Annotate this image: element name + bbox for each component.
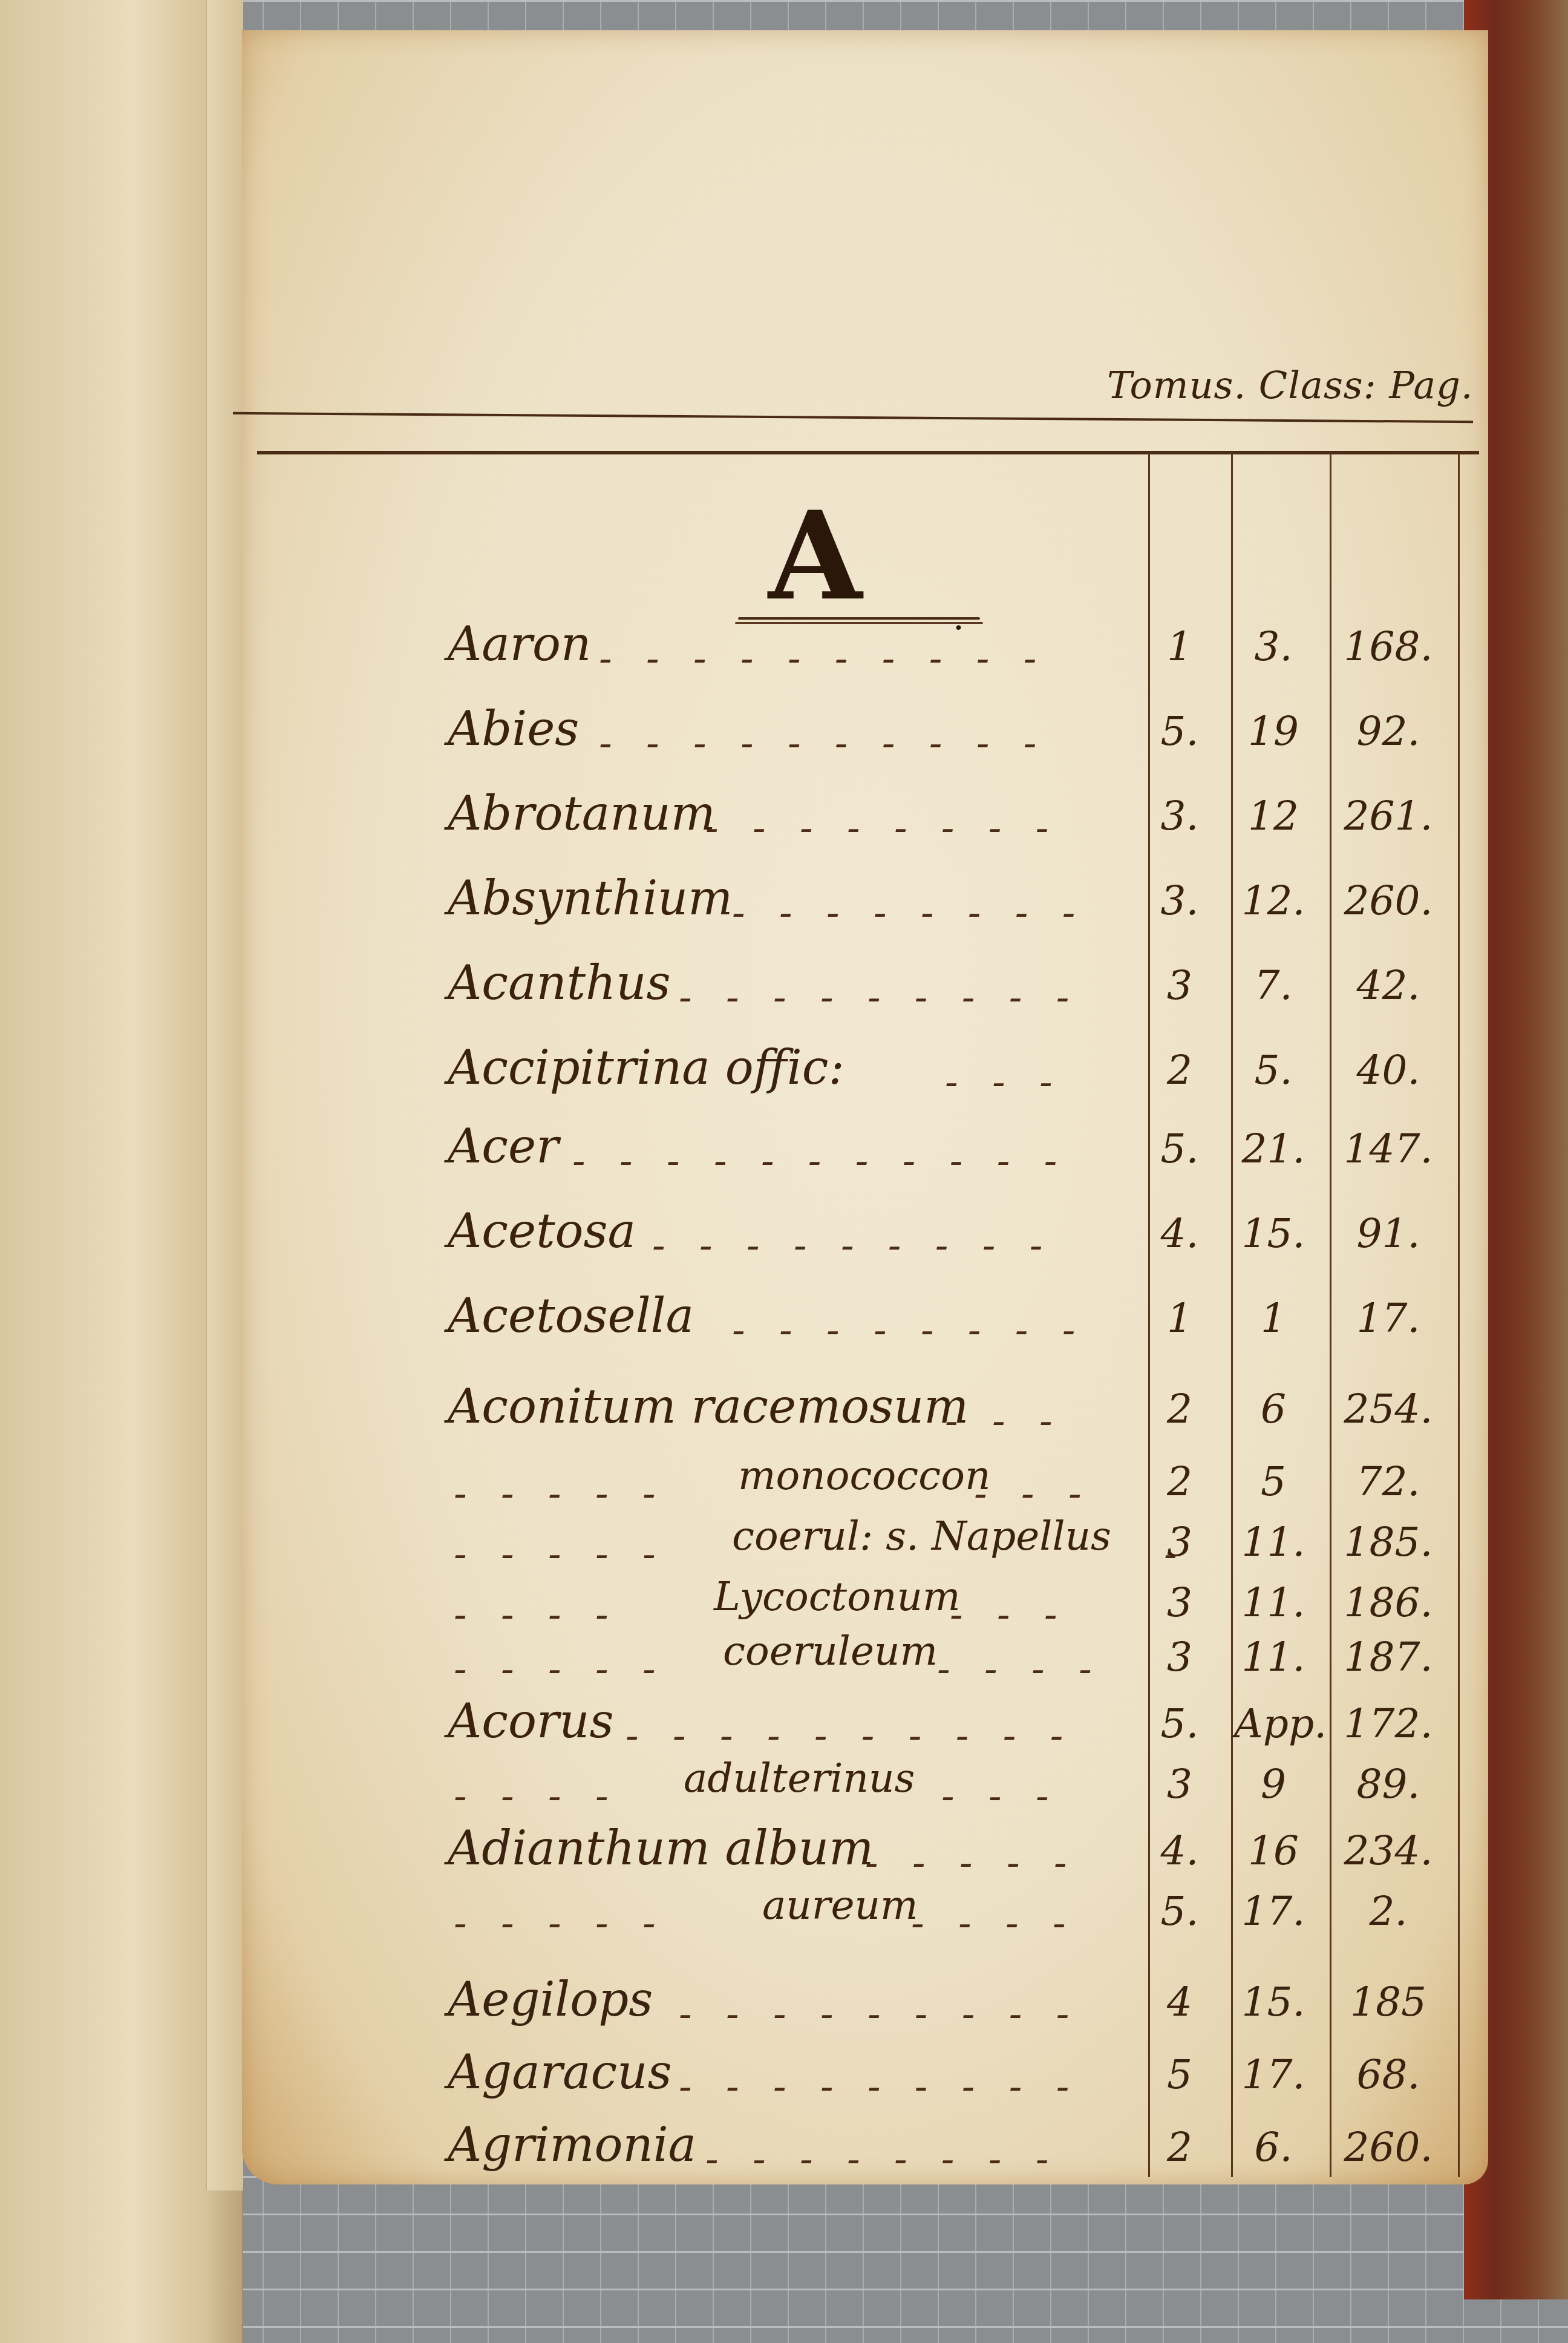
entry-class: 3. xyxy=(1234,623,1313,670)
entry-tomus: 3 xyxy=(1152,1761,1207,1807)
entry-name: Acorus xyxy=(448,1694,614,1749)
entry-tomus: 2 xyxy=(1152,1458,1207,1505)
entry-name: Aaron xyxy=(448,617,591,672)
entry-tomus: 2 xyxy=(1152,1047,1207,1093)
entry-class: 5. xyxy=(1234,1047,1313,1093)
entry-class: 12 xyxy=(1234,793,1313,839)
index-entry-row: Acetosella- - - - - - - -1117. xyxy=(0,1289,1568,1362)
entry-class: 5 xyxy=(1234,1458,1313,1505)
entry-name: adulterinus xyxy=(684,1755,915,1801)
entry-tomus: 4 xyxy=(1152,1979,1207,2025)
entry-pag: 72. xyxy=(1328,1458,1449,1505)
entry-pag: 260. xyxy=(1328,2124,1449,2171)
entry-name: Agrimonia xyxy=(448,2118,696,2172)
entry-pag: 40. xyxy=(1328,1047,1449,1093)
entry-tomus: 5 xyxy=(1152,2051,1207,2098)
leader-dashes: - - - - - - - - - xyxy=(679,1992,1080,2037)
leader-dashes: - - - - - - - - xyxy=(705,806,1059,851)
entry-tomus: 3. xyxy=(1152,793,1207,839)
entry-tomus: 3. xyxy=(1152,877,1207,924)
entry-tomus: 3 xyxy=(1152,962,1207,1009)
entry-class: 6 xyxy=(1234,1386,1313,1432)
entry-class: 11. xyxy=(1234,1579,1313,1626)
leader-dashes: - - - - - - - - - - xyxy=(626,1714,1074,1758)
entry-class: 11. xyxy=(1234,1519,1313,1565)
index-entry-row: Absynthium- - - - - - - -3.12.260. xyxy=(0,871,1568,944)
entry-pag: 91. xyxy=(1328,1210,1449,1257)
entry-tomus: 4. xyxy=(1152,1827,1207,1874)
entry-class: 17. xyxy=(1234,2051,1313,2098)
entry-tomus: 5. xyxy=(1152,1700,1207,1747)
leader-dashes: - - - - - - - - xyxy=(705,2137,1059,2182)
entry-tomus: 1 xyxy=(1152,1295,1207,1342)
leader-dashes: - - - - - - - - xyxy=(732,891,1086,936)
entry-pag: 89. xyxy=(1328,1761,1449,1807)
entry-pag: 168. xyxy=(1328,623,1449,670)
leader-dashes: - - - - - - - - - - xyxy=(599,637,1047,681)
index-entry-row: - - - - -aureum- - - -5.17.2. xyxy=(0,1882,1568,1955)
index-entry-row: - - - - -coeruleum- - - -311.187. xyxy=(0,1628,1568,1700)
entry-class: 1 xyxy=(1234,1295,1313,1342)
leader-dashes: - - - xyxy=(941,1774,1060,1819)
entry-class: 15. xyxy=(1234,1210,1313,1257)
entry-name: Abies xyxy=(448,702,579,756)
entry-pag: 261. xyxy=(1328,793,1449,839)
entry-name: Adianthum album xyxy=(448,1821,874,1876)
leader-dashes: - - - - xyxy=(911,1901,1077,1946)
entry-pag: 2. xyxy=(1328,1888,1449,1935)
entry-name: coerul: s. Napellus xyxy=(732,1513,1111,1559)
entry-pag: 147. xyxy=(1328,1126,1449,1172)
index-entry-row: Agrimonia- - - - - - - -26.260. xyxy=(0,2118,1568,2191)
index-entry-row: Abies- - - - - - - - - -5.1992. xyxy=(0,702,1568,775)
leader-dashes-before: - - - - - xyxy=(454,1472,667,1516)
entry-pag: 234. xyxy=(1328,1827,1449,1874)
entry-name: monococcon xyxy=(738,1452,990,1499)
index-entry-row: Abrotanum- - - - - - - -3.12261. xyxy=(0,787,1568,859)
entry-class: 16 xyxy=(1234,1827,1313,1874)
entry-class: 21. xyxy=(1234,1126,1313,1172)
entry-pag: 254. xyxy=(1328,1386,1449,1432)
entry-pag: 172. xyxy=(1328,1700,1449,1747)
leader-dashes-before: - - - - xyxy=(454,1774,619,1819)
entry-tomus: 1 xyxy=(1152,623,1207,670)
entry-tomus: 2 xyxy=(1152,2124,1207,2171)
column-header-label: Tomus. Class: Pag. xyxy=(1107,363,1474,407)
leader-dashes-before: - - - - - xyxy=(454,1901,667,1946)
entry-tomus: 3 xyxy=(1152,1634,1207,1680)
leader-dashes: - - - - - xyxy=(865,1841,1078,1886)
leader-dashes: - - - - - - - - xyxy=(732,1308,1086,1353)
leader-dashes: - - - - - - - - - xyxy=(652,1224,1053,1268)
entry-tomus: 3 xyxy=(1152,1519,1207,1565)
leader-dashes-before: - - - - - xyxy=(454,1532,667,1577)
entry-tomus: 5. xyxy=(1152,1126,1207,1172)
index-entry-row: Acer- - - - - - - - - - -5.21.147. xyxy=(0,1119,1568,1192)
entry-class: 7. xyxy=(1234,962,1313,1009)
entry-name: Lycoctonum xyxy=(714,1573,960,1620)
leader-dashes: - - - - - - - - - xyxy=(679,975,1080,1020)
leader-dashes: - - - xyxy=(974,1472,1093,1516)
entry-class: 9 xyxy=(1234,1761,1313,1807)
entry-pag: 185. xyxy=(1328,1519,1449,1565)
entry-class: 15. xyxy=(1234,1979,1313,2025)
index-entry-row: - - - -adulterinus- - -3989. xyxy=(0,1755,1568,1827)
index-entry-row: Acetosa- - - - - - - - -4.15.91. xyxy=(0,1204,1568,1277)
entry-class: 11. xyxy=(1234,1634,1313,1680)
entry-name: Absynthium xyxy=(448,871,733,926)
entry-pag: 186. xyxy=(1328,1579,1449,1626)
entry-class: 12. xyxy=(1234,877,1313,924)
entry-name: Accipitrina offic: xyxy=(448,1041,844,1095)
entry-name: Abrotanum xyxy=(448,787,716,841)
entry-pag: 92. xyxy=(1328,708,1449,755)
entry-tomus: 4. xyxy=(1152,1210,1207,1257)
leader-dashes: - - - - - - - - - xyxy=(679,2065,1080,2109)
entry-name: Aegilops xyxy=(448,1973,653,2027)
entry-pag: 42. xyxy=(1328,962,1449,1009)
index-entry-row: Aegilops- - - - - - - - -415.185 xyxy=(0,1973,1568,2045)
leader-dashes: - - - - xyxy=(937,1647,1103,1692)
entry-pag: 187. xyxy=(1328,1634,1449,1680)
entry-name: Aconitum racemosum xyxy=(448,1380,969,1434)
entry-pag: 17. xyxy=(1328,1295,1449,1342)
index-entry-row: Acanthus- - - - - - - - -37.42. xyxy=(0,956,1568,1029)
entry-name: coeruleum xyxy=(723,1628,938,1674)
index-entry-row: Aconitum racemosum- - -26254. xyxy=(0,1380,1568,1452)
leader-dashes: - - - xyxy=(945,1060,1063,1105)
entry-name: Acanthus xyxy=(448,956,671,1011)
index-entry-row: Agaracus- - - - - - - - -517.68. xyxy=(0,2045,1568,2118)
entry-tomus: 2 xyxy=(1152,1386,1207,1432)
entry-class: 19 xyxy=(1234,708,1313,755)
entry-name: Acer xyxy=(448,1119,558,1174)
header-rule-bottom xyxy=(257,451,1479,454)
leader-dashes: - - - - - - - - - - - xyxy=(572,1139,1068,1184)
entry-name: Acetosa xyxy=(448,1204,636,1259)
entry-name: Acetosella xyxy=(448,1289,694,1343)
entry-class: App. xyxy=(1234,1700,1313,1747)
entry-class: 6. xyxy=(1234,2124,1313,2171)
index-entry-row: Accipitrina offic:- - -25.40. xyxy=(0,1041,1568,1113)
entry-pag: 68. xyxy=(1328,2051,1449,2098)
leader-dashes: - - - xyxy=(945,1399,1063,1444)
entry-name: aureum xyxy=(762,1882,918,1928)
entry-pag: 260. xyxy=(1328,877,1449,924)
entry-tomus: 5. xyxy=(1152,708,1207,755)
entry-tomus: 5. xyxy=(1152,1888,1207,1935)
entry-tomus: 3 xyxy=(1152,1579,1207,1626)
index-entry-row: Aaron- - - - - - - - - -13.168. xyxy=(0,617,1568,690)
leader-dashes-before: - - - - - xyxy=(454,1647,667,1692)
leader-dashes: - - - - - - - - - - xyxy=(599,721,1047,766)
entry-name: Agaracus xyxy=(448,2045,672,2100)
entry-pag: 185 xyxy=(1328,1979,1449,2025)
entry-class: 17. xyxy=(1234,1888,1313,1935)
section-letter: A xyxy=(768,496,862,617)
